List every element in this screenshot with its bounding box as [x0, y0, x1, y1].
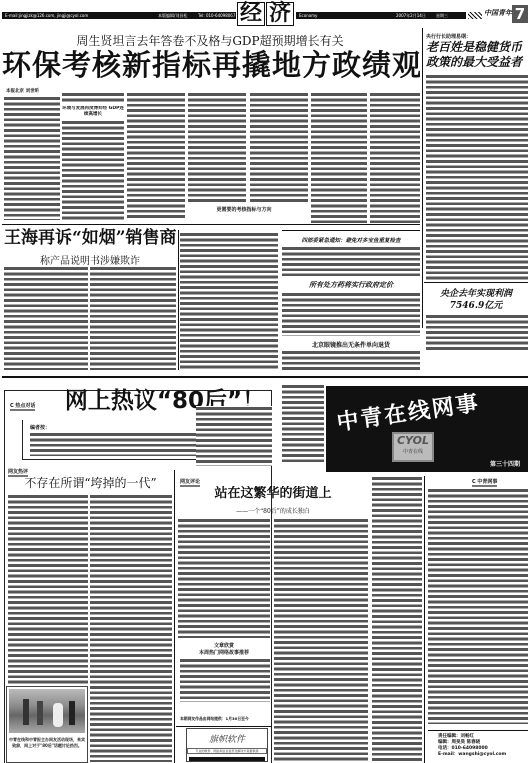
ad-top-rule	[176, 726, 272, 727]
lead-subhead-1: 环境与发展再度博弈经 GDP连续高增长	[62, 106, 124, 118]
article-2-col-1	[178, 518, 270, 638]
mid-body-1	[282, 246, 420, 276]
mid-headline-1: 四部委紧急通知：避免对多宝鱼重复检查	[282, 236, 420, 244]
right-headline: 老百姓是稳健货币政策的最大受益者	[426, 40, 528, 70]
event-photo	[9, 689, 85, 733]
software-ad[interactable]: 旗帜软件 专业的软件、网站和企业信息化解决方案提供商	[186, 728, 268, 762]
photo-frame: 中青在线和中青报主办网友活动现场，来宾致辞，网上对于"80后"话题讨论热烈。	[6, 686, 88, 763]
lead-byline: 本报北京 刘世昕	[6, 88, 39, 94]
masthead-bar-right: Economy 2007年2月14日 星期三	[296, 12, 466, 19]
article-2-subtitle: ——一个“80后”的成长独白	[178, 506, 368, 515]
lead-column-1	[4, 96, 60, 220]
section-char-2: 济	[266, 2, 294, 26]
book-subtitle: 本周热门网络故事推荐	[178, 649, 270, 656]
lead-column-3	[127, 92, 185, 220]
lead-headline: 环保考核新指标再撬地方政绩观	[2, 48, 420, 82]
lead-column-2	[62, 92, 124, 104]
ad-brand: 旗帜软件	[187, 732, 267, 745]
lead-bottom-rule	[2, 224, 420, 225]
ad-footer-bar	[189, 757, 265, 761]
article-2-rule-left	[174, 470, 175, 763]
ad-tagline: 专业的软件、网站和企业信息化解决方案提供商	[187, 748, 267, 754]
cyol-logo: CYOL	[394, 434, 432, 448]
online-box: 中青在线网事 CYOL 中青在线 第三十四期	[326, 386, 528, 472]
cyol-logo-box: CYOL 中青在线	[392, 432, 434, 462]
article-1-col-1	[8, 494, 88, 684]
page-number: 7	[512, 5, 528, 23]
article-1-col-2	[90, 494, 172, 762]
right-column-rule	[422, 28, 423, 328]
lead-column-6	[311, 92, 367, 224]
lead-column-5	[250, 92, 308, 204]
online-title: 中青在线网事	[335, 386, 482, 437]
hatch-decoration	[468, 12, 482, 19]
second-col-1	[4, 266, 88, 370]
cyol-logo-sub: 中青在线	[394, 448, 432, 455]
editor-note-label: 编者按：	[30, 424, 50, 431]
feature-mid-text	[196, 406, 272, 466]
date: 2007年2月14日	[396, 12, 426, 19]
second-headline: 王海再诉“如烟”销售商	[4, 228, 176, 248]
email-line: E-mail:jingjizk@126.com, jingji@cyol.com	[5, 13, 88, 18]
lead-column-4	[188, 92, 246, 202]
book-footer: 本期网友作品由网站提供：1月30日至今	[180, 716, 270, 722]
bottom-right-rule	[424, 476, 425, 763]
book-title: 文章欣赏	[178, 642, 270, 649]
section-char-1: 经	[237, 2, 265, 26]
masthead-bar-left: E-mail:jingjizk@126.com, jingji@cyol.com…	[2, 12, 236, 19]
bottom-right-tag: C 中青网事	[472, 478, 497, 487]
mid-body-2	[282, 292, 420, 336]
bottom-right-body	[428, 488, 528, 724]
second-col-2	[90, 266, 176, 370]
phone: Tel: 010-64098067	[198, 12, 235, 19]
mid-top-rule	[282, 230, 420, 231]
lead-subhead-2: 更需要的考核指标与方向	[188, 206, 300, 213]
box-body	[426, 314, 528, 350]
book-body	[180, 658, 270, 702]
lead-kicker: 周生贤坦言去年答卷不及格与GDP超预期增长有关	[60, 32, 360, 49]
article-2-title: 站在这繁华的街道上	[178, 486, 368, 502]
credits-rule	[428, 730, 528, 731]
feature-right-text	[282, 384, 324, 464]
article-2-col-2	[274, 518, 368, 762]
section-en: Economy	[299, 13, 317, 18]
article-1-title: 不存在所谓“垮掉的一代”	[8, 476, 173, 491]
feature-top-rule	[2, 376, 528, 378]
right-box-rule	[424, 282, 528, 283]
mid-headline-2: 所有处方药将实行政府定价	[282, 280, 420, 290]
mid-body-3	[282, 350, 420, 372]
mid-headline-3: 北京眼镜推出无条件单向退货	[282, 340, 420, 349]
second-col-3	[180, 232, 278, 370]
right-body	[426, 74, 528, 280]
editor-line: 本版编辑/刘昌松	[158, 12, 187, 19]
second-rule	[178, 230, 179, 370]
right-kicker: 央行行长助理易纲：	[426, 33, 471, 40]
feature-col-right-1	[372, 476, 422, 762]
second-subhead: 称产品说明书涉嫌欺诈	[20, 252, 160, 267]
lead-column-7	[370, 92, 420, 224]
online-issue: 第三十四期	[490, 459, 520, 468]
credits: 责任编辑：刘畅红 编辑：周旻昊 陈春晓 电话：010-64098000 E-ma…	[438, 734, 506, 758]
feature-section-tag: C 热点对话	[10, 402, 35, 411]
lead-column-2b	[62, 120, 124, 220]
credit-row[interactable]: E-mail：wangshi@cyol.com	[438, 752, 506, 758]
weekday: 星期三	[436, 12, 448, 19]
box-headline: 央企去年实现利润7546.9亿元	[430, 288, 522, 312]
photo-caption: 中青在线和中青报主办网友活动现场，来宾致辞，网上对于"80后"话题讨论热烈。	[9, 737, 85, 748]
